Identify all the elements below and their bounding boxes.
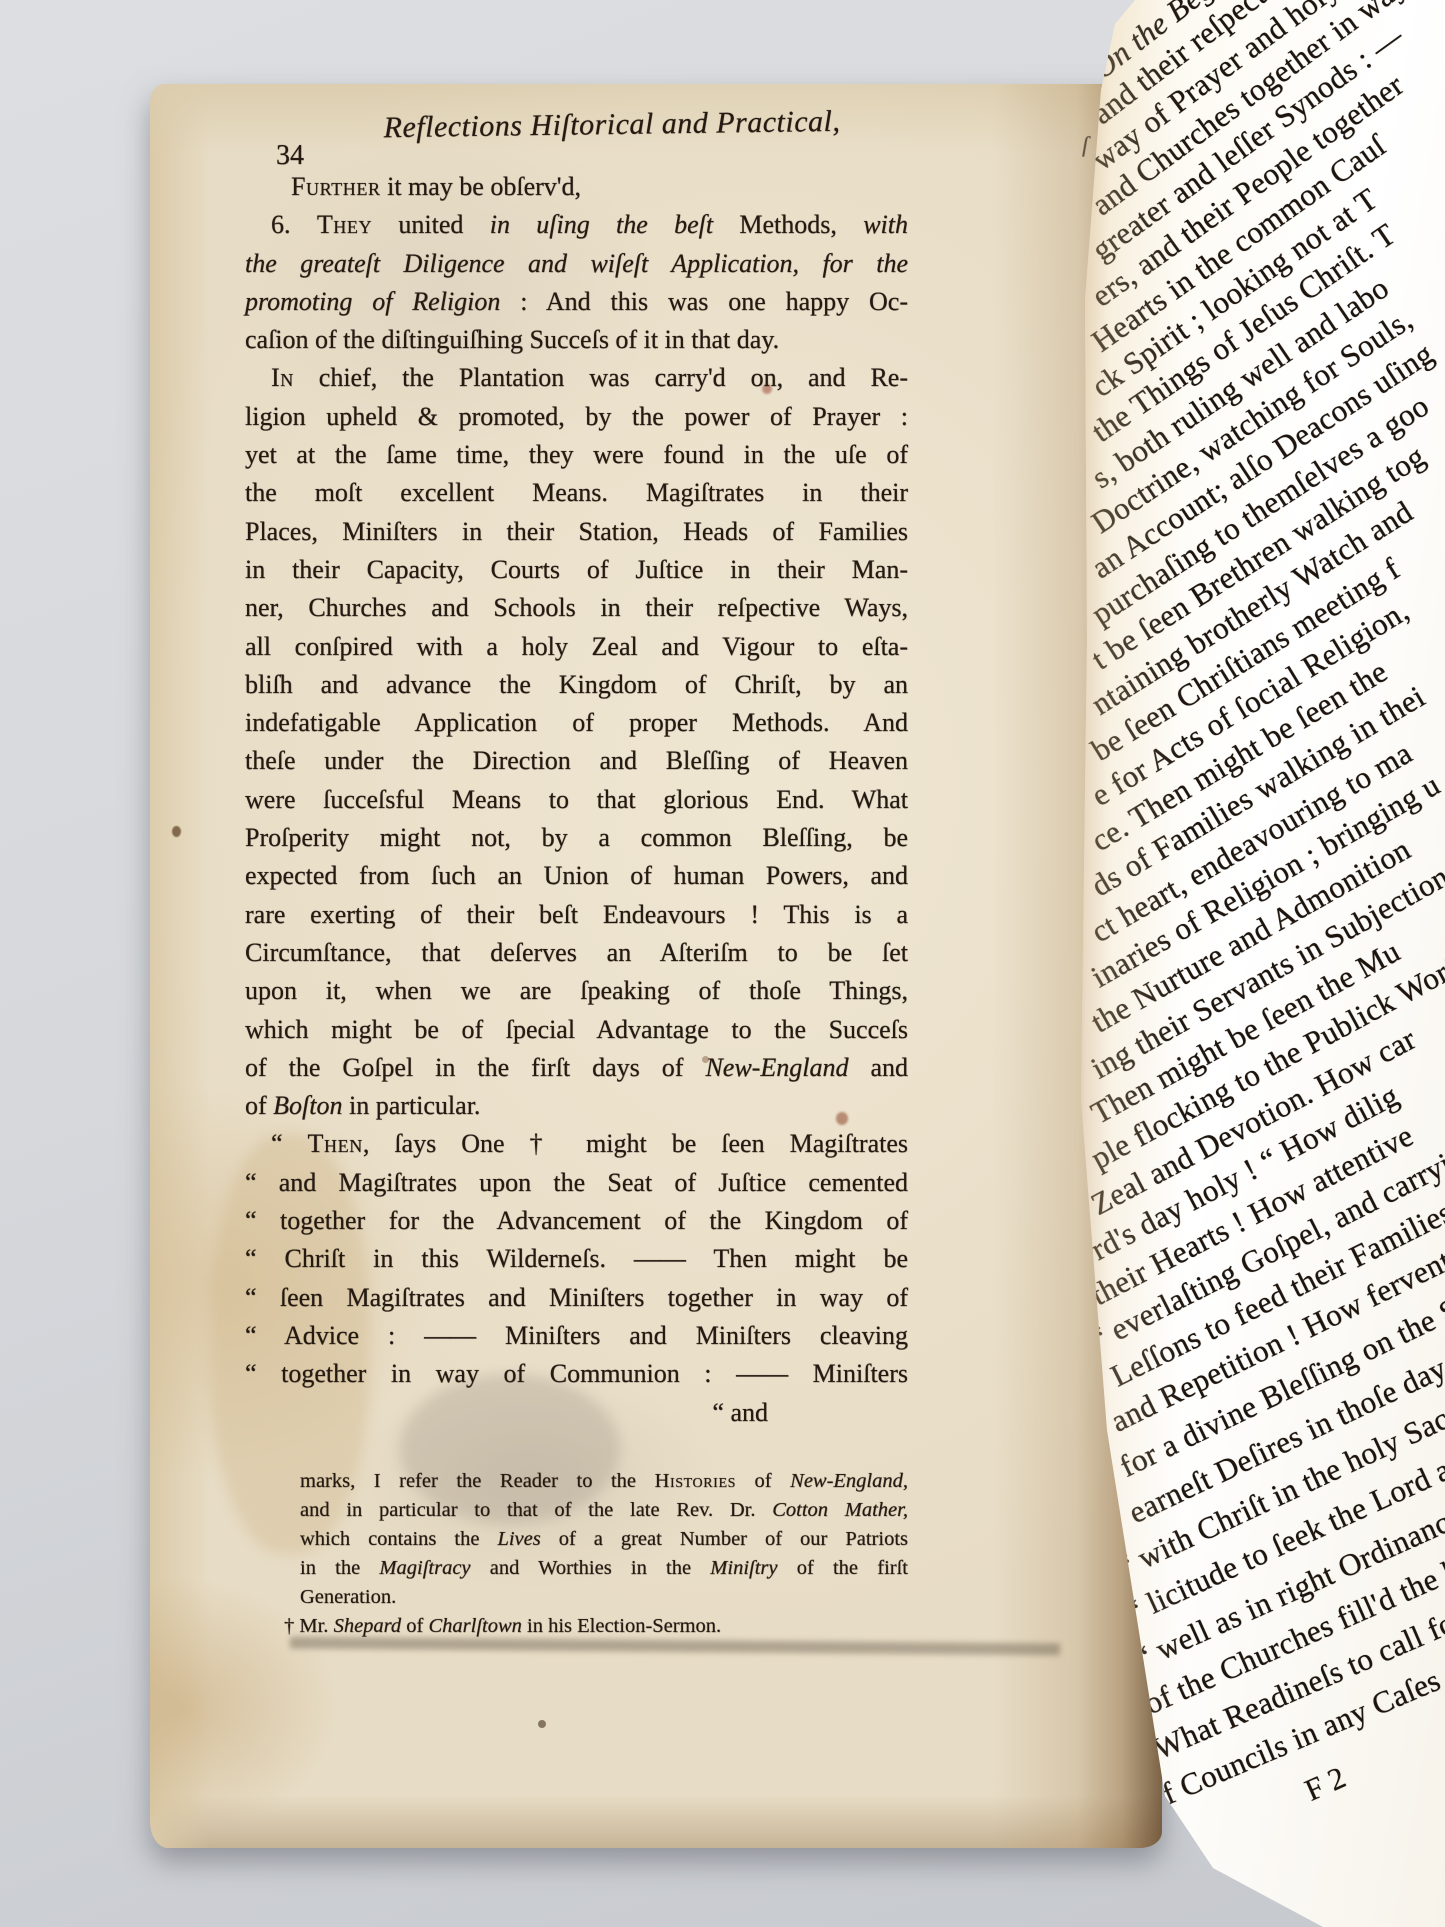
text-line: all conſpired with a holy Zeal and Vigou… [245,628,908,666]
text-line: “ Advice : —— Miniſters and Miniſters cl… [245,1317,908,1355]
text-line: yet at the ſame time, they were found in… [245,436,908,474]
text-line: Generation. [300,1583,908,1612]
text-line: which contains the Lives of a great Numb… [300,1525,908,1554]
running-title: Reflections Hiſtorical and Practical, [372,105,852,146]
text-line: “ Then, ſays One † might be ſeen Magiſtr… [245,1125,908,1163]
stain [172,826,181,837]
body-text: Further it may be obſerv'd,6. They unite… [245,168,908,1432]
text-line: caſion of the diſtinguiſhing Succeſs of … [245,321,908,359]
text-line: and in particular to that of the late Re… [300,1496,908,1525]
footnote: marks, I refer the Reader to the Histori… [300,1467,908,1641]
text-line: of the Goſpel in the firſt days of New-E… [245,1049,908,1087]
book-photo: 34 Reflections Hiſtorical and Practical,… [0,0,1445,1927]
text-line: in the Magiſtracy and Worthies in the Mi… [300,1554,908,1583]
text-line: upon it, when we are ſpeaking of thoſe T… [245,972,908,1010]
text-line: Proſperity might not, by a common Bleſſi… [245,819,908,857]
text-line: “ Chriſt in this Wilderneſs. —— Then mig… [245,1240,908,1278]
text-line: the greateſt Diligence and wiſeſt Applic… [245,245,908,283]
text-line: ner, Churches and Schools in their reſpe… [245,589,908,627]
text-line: were ſucceſsful Means to that glorious E… [245,781,908,819]
text-line: indefatigable Application of proper Meth… [245,704,908,742]
text-line: of Boſton in particular. [245,1087,908,1125]
text-line: ligion upheld & promoted, by the power o… [245,398,908,436]
text-line: the moſt excellent Means. Magiſtrates in… [245,474,908,512]
text-line: theſe under the Direction and Bleſſing o… [245,742,908,780]
text-line: marks, I refer the Reader to the Histori… [300,1467,908,1496]
stain [538,1720,546,1728]
text-line: expected from ſuch an Union of human Pow… [245,857,908,895]
text-line: in their Capacity, Courts of Juſtice in … [245,551,908,589]
text-line: Circumſtance, that deſerves an Aſteriſm … [245,934,908,972]
text-line: “ together in way of Communion : —— Mini… [245,1355,908,1393]
text-line: bliſh and advance the Kingdom of Chriſt,… [245,666,908,704]
header-mark: ſ [1082,132,1088,158]
text-line: 6. They united in uſing the beſt Methods… [245,206,908,244]
text-line: which might be of ſpecial Advantage to t… [245,1011,908,1049]
left-page: 34 Reflections Hiſtorical and Practical,… [150,84,1162,1848]
text-line: Further it may be obſerv'd, [245,168,908,206]
text-line: “ and [245,1394,908,1432]
text-line: “ ſeen Magiſtrates and Miniſters togethe… [245,1279,908,1317]
text-line: † Mr. Shepard of Charlſtown in his Elect… [284,1612,908,1641]
text-line: “ and Magiſtrates upon the Seat of Juſti… [245,1164,908,1202]
text-line: rare exerting of their beſt Endeavours !… [245,896,908,934]
text-line: Places, Miniſters in their Station, Head… [245,513,908,551]
text-line: promoting of Religion : And this was one… [245,283,908,321]
text-line: “ together for the Advancement of the Ki… [245,1202,908,1240]
text-line: In chief, the Plantation was carry'd on,… [245,359,908,397]
